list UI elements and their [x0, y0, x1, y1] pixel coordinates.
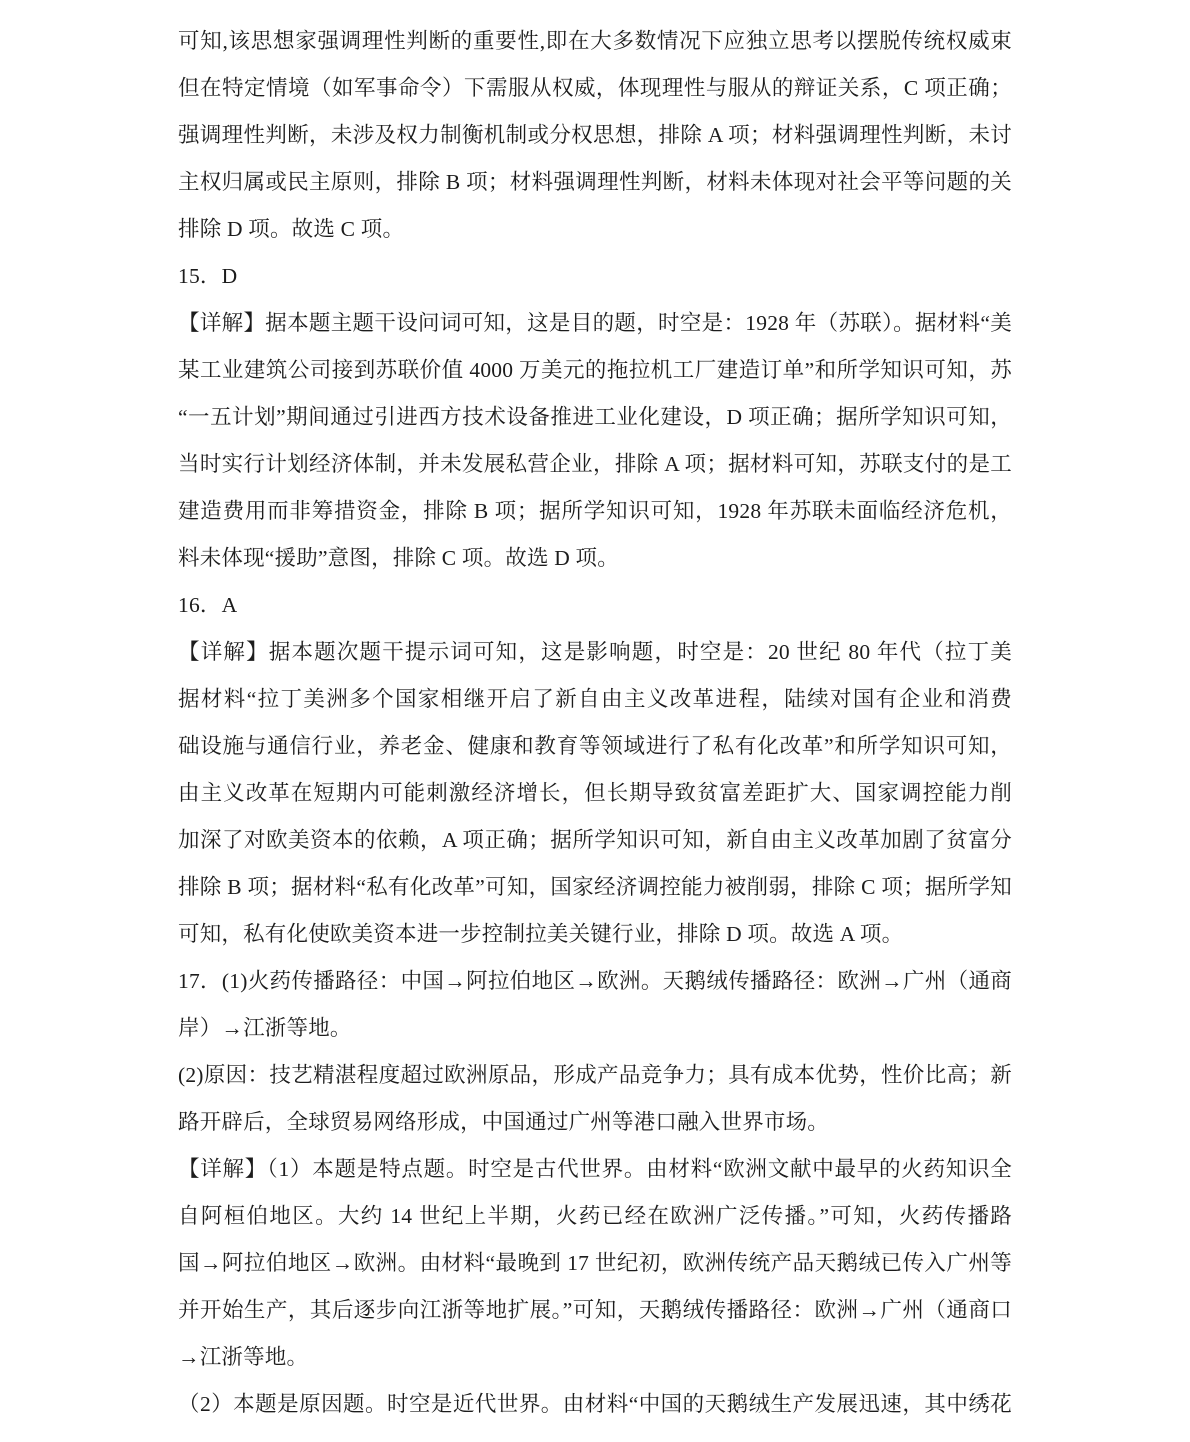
text-line: 但在特定情境（如军事命令）下需服从权威，体现理性与服从的辩证关系，C 项正确；材…: [178, 65, 1012, 112]
text-line: 可知，私有化使欧美资本进一步控制拉美关键行业，排除 D 项。故选 A 项。: [178, 911, 1012, 958]
text-line: “一五计划”期间通过引进西方技术设备推进工业化建设，D 项正确；据所学知识可知，…: [178, 394, 1012, 441]
text-line: 加深了对欧美资本的依赖，A 项正确；据所学知识可知，新自由主义改革加剧了贫富分化…: [178, 817, 1012, 864]
text-line: 国→阿拉伯地区→欧洲。由材料“最晚到 17 世纪初，欧洲传统产品天鹅绒已传入广州…: [178, 1240, 1012, 1287]
text-line: 主权归属或民主原则，排除 B 项；材料强调理性判断，材料未体现对社会平等问题的关…: [178, 159, 1012, 206]
document-page: 可知,该思想家强调理性判断的重要性,即在大多数情况下应独立思考以摆脱传统权威束缚…: [0, 0, 1190, 1442]
text-line: 岸）→江浙等地。: [178, 1005, 1012, 1052]
answer-16-number-line: 16．A: [178, 582, 1012, 629]
text-line: 【详解】据本题主题干设问词可知，这是目的题，时空是：1928 年（苏联）。据材料…: [178, 300, 1012, 347]
text-line: 某工业建筑公司接到苏联价值 4000 万美元的拖拉机工厂建造订单”和所学知识可知…: [178, 347, 1012, 394]
text-line: 【详解】据本题次题干提示词可知，这是影响题，时空是：20 世纪 80 年代（拉丁…: [178, 629, 1012, 676]
text-line: 当时实行计划经济体制，并未发展私营企业，排除 A 项；据材料可知，苏联支付的是工…: [178, 441, 1012, 488]
text-line: 排除 D 项。故选 C 项。: [178, 206, 1012, 253]
answer-14-explanation-continued: 可知,该思想家强调理性判断的重要性,即在大多数情况下应独立思考以摆脱传统权威束缚…: [178, 18, 1012, 253]
answer-15: 15．D 【详解】据本题主题干设问词可知，这是目的题，时空是：1928 年（苏联…: [178, 253, 1012, 582]
text-line: 由主义改革在短期内可能刺激经济增长，但长期导致贫富差距扩大、国家调控能力削弱，并: [178, 770, 1012, 817]
text-line: 自阿桓伯地区。大约 14 世纪上半期，火药已经在欧洲广泛传播。”可知，火药传播路…: [178, 1193, 1012, 1240]
text-line: 强调理性判断，未涉及权力制衡机制或分权思想，排除 A 项；材料强调理性判断，未讨…: [178, 112, 1012, 159]
answer-15-number-line: 15．D: [178, 253, 1012, 300]
answers-text-block: 可知,该思想家强调理性判断的重要性,即在大多数情况下应独立思考以摆脱传统权威束缚…: [178, 18, 1012, 1428]
answer-17-part1-line: 17．(1)火药传播路径：中国→阿拉伯地区→欧洲。天鹅绒传播路径：欧洲→广州（通…: [178, 958, 1012, 1005]
text-line: 础设施与通信行业，养老金、健康和教育等领域进行了私有化改革”和所学知识可知，新自: [178, 723, 1012, 770]
text-line: 【详解】（1）本题是特点题。时空是古代世界。由材料“欧洲文献中最早的火药知识全都…: [178, 1146, 1012, 1193]
text-line: 据材料“拉丁美洲多个国家相继开启了新自由主义改革进程，陆续对国有企业和消费品，基: [178, 676, 1012, 723]
text-line: 排除 B 项；据材料“私有化改革”可知，国家经济调控能力被削弱，排除 C 项；据…: [178, 864, 1012, 911]
text-line: →江浙等地。: [178, 1334, 1012, 1381]
answer-17-part2-line: (2)原因：技艺精湛程度超过欧洲原品，形成产品竞争力；具有成本优势，性价比高；新…: [178, 1052, 1012, 1099]
text-line: 建造费用而非筹措资金，排除 B 项；据所学知识可知，1928 年苏联未面临经济危…: [178, 488, 1012, 535]
text-line: （2）本题是原因题。时空是近代世界。由材料“中国的天鹅绒生产发展迅速，其中绣花和…: [178, 1381, 1012, 1428]
text-line: 并开始生产，其后逐步向江浙等地扩展。”可知，天鹅绒传播路径：欧洲→广州（通商口岸…: [178, 1287, 1012, 1334]
answer-17: 17．(1)火药传播路径：中国→阿拉伯地区→欧洲。天鹅绒传播路径：欧洲→广州（通…: [178, 958, 1012, 1428]
text-line: 料未体现“援助”意图，排除 C 项。故选 D 项。: [178, 535, 1012, 582]
answer-16: 16．A 【详解】据本题次题干提示词可知，这是影响题，时空是：20 世纪 80 …: [178, 582, 1012, 958]
text-line: 路开辟后，全球贸易网络形成，中国通过广州等港口融入世界市场。: [178, 1099, 1012, 1146]
text-line: 可知,该思想家强调理性判断的重要性,即在大多数情况下应独立思考以摆脱传统权威束缚…: [178, 18, 1012, 65]
